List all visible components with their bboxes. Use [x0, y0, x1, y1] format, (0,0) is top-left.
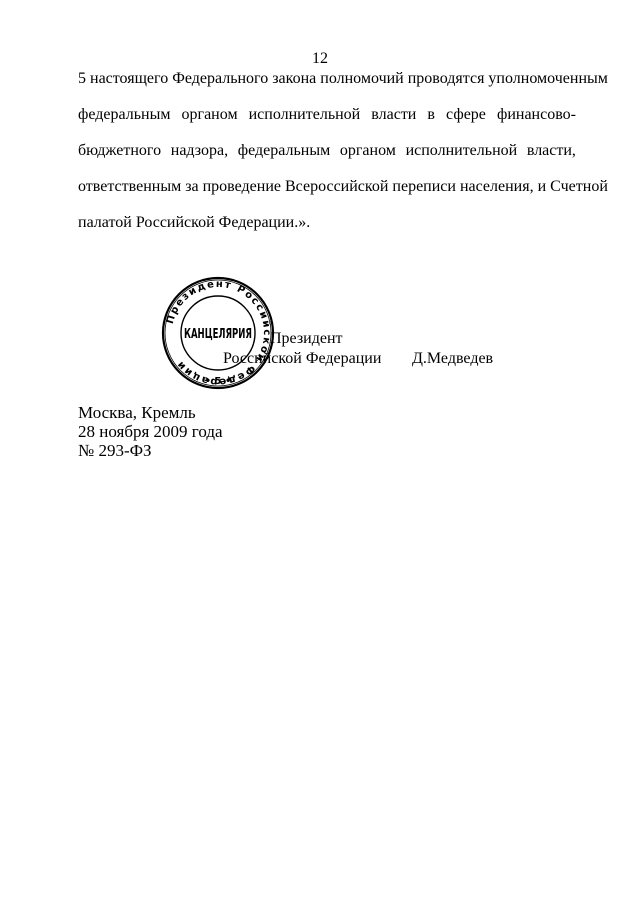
body-line-3: бюджетного надзора, федеральным органом … — [78, 142, 576, 160]
signature-title-2: Российской Федерации — [223, 350, 381, 368]
word: исполнительной — [249, 106, 361, 124]
signature-title-1: Президент — [270, 330, 343, 348]
word: федеральным — [78, 106, 170, 124]
word: финансово- — [497, 106, 576, 124]
word: исполнительной — [406, 142, 518, 160]
word: надзора, — [171, 142, 228, 160]
body-line-2: федеральным органом исполнительной власт… — [78, 106, 576, 124]
signing-place: Москва, Кремль — [78, 403, 196, 423]
official-stamp: Президент Российской Федерации • 5 • КАН… — [161, 276, 275, 390]
word: сфере — [446, 106, 486, 124]
page-number: 12 — [0, 50, 640, 68]
word: власти — [371, 106, 416, 124]
law-number: № 293-ФЗ — [78, 441, 152, 461]
signing-date: 28 ноября 2009 года — [78, 422, 223, 442]
word: федеральным — [238, 142, 330, 160]
word: власти, — [527, 142, 576, 160]
svg-text:• 5 •: • 5 • — [205, 376, 232, 387]
body-line-4: ответственным за проведение Всероссийско… — [78, 178, 576, 196]
signature-name: Д.Медведев — [412, 350, 493, 368]
stamp-center-text: КАНЦЕЛЯРИЯ — [184, 327, 252, 342]
body-line-1: 5 настоящего Федерального закона полномо… — [78, 70, 576, 88]
word: органом — [182, 106, 238, 124]
word: бюджетного — [78, 142, 161, 160]
body-line-5: палатой Российской Федерации.». — [78, 214, 576, 232]
word: в — [427, 106, 435, 124]
word: органом — [340, 142, 396, 160]
